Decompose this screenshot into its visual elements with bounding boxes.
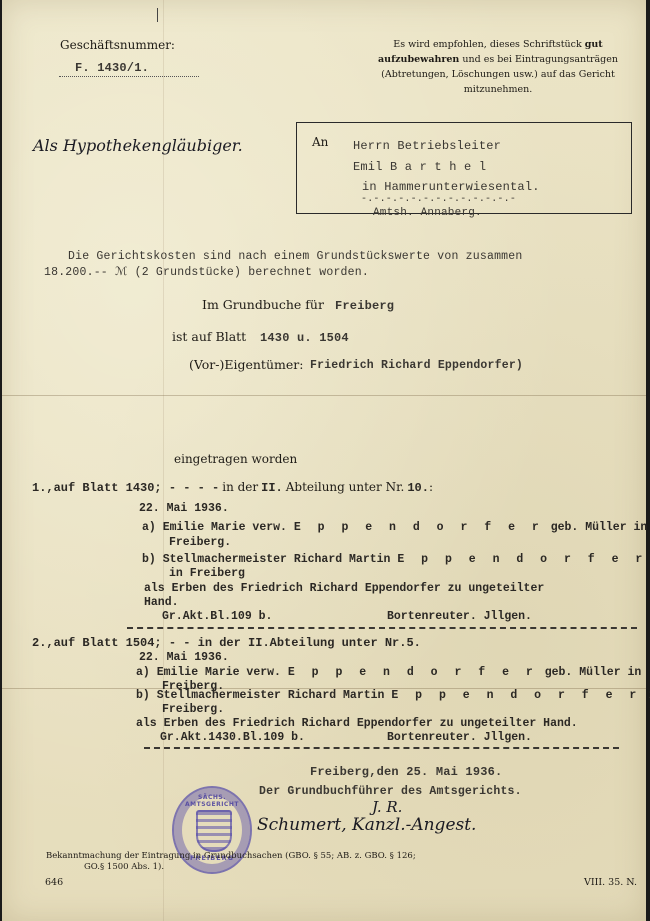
entry-heir-b: b) Stellmachermeister Richard Martin E p…	[136, 689, 650, 702]
entry-heir-b: b) Stellmachermeister Richard Martin E p…	[142, 553, 647, 566]
address-box: An Herrn Betriebsleiter Emil B a r t h e…	[296, 122, 632, 214]
entry-number: 1.,auf Blatt 1430; - - - -	[32, 481, 219, 495]
coat-of-arms-icon	[196, 810, 232, 852]
entry-date: 22. Mai 1936.	[139, 651, 229, 664]
entry-heir-b-cont: in Freiberg	[169, 567, 245, 580]
entry-colon: :	[429, 480, 433, 494]
entry-section: II.	[261, 481, 283, 495]
entry-reference: Gr.Akt.Bl.109 b.	[162, 610, 272, 623]
heir-text: a) Emilie Marie verw.	[136, 666, 281, 679]
fold-line	[2, 395, 646, 396]
heir-text: geb. Müller in	[545, 666, 642, 679]
blatt-label: ist auf Blatt	[172, 329, 246, 344]
entry-nr: 10.	[407, 481, 429, 495]
owner-label: (Vor-)Eigentümer:	[189, 357, 303, 372]
entry-separator	[144, 747, 619, 749]
form-number: 646	[45, 877, 63, 888]
heir-surname: E p p e n d o r f e r	[391, 689, 641, 702]
entry-clerks: Bortenreuter. Jllgen.	[387, 731, 532, 744]
entry-heir-b-cont: Freiberg.	[162, 703, 224, 716]
document-page: Geschäftsnummer: F. 1430/1. Es wird empf…	[2, 0, 646, 921]
entry-2-heading: 2.,auf Blatt 1504; - - in der II.Abteilu…	[32, 636, 421, 650]
entry-heir-a: a) Emilie Marie verw. E p p e n d o r f …	[136, 666, 641, 679]
grundbuch-value: Freiberg	[335, 299, 394, 313]
registered-label: eingetragen worden	[174, 452, 297, 466]
costs-text: Die Gerichtskosten sind nach einem Grund…	[68, 250, 522, 263]
owner-value: Friedrich Richard Eppendorfer)	[310, 359, 523, 372]
entry-reference: Gr.Akt.1430.Bl.109 b.	[160, 731, 305, 744]
form-code: VIII. 35. N.	[584, 877, 637, 888]
entry-clerks: Bortenreuter. Jllgen.	[387, 610, 532, 623]
punch-mark	[157, 8, 158, 22]
heir-text: b) Stellmachermeister Richard Martin	[142, 553, 390, 566]
heir-surname: E p p e n d o r f e r	[397, 553, 647, 566]
address-line: Amtsh. Annaberg.	[373, 207, 482, 219]
heir-text: a) Emilie Marie verw.	[142, 521, 287, 534]
entry-heirs-note: als Erben des Friedrich Richard Eppendor…	[144, 582, 544, 595]
heir-text: geb. Müller in	[551, 521, 648, 534]
signature: Schumert, Kanzl.-Angest.	[257, 815, 476, 835]
notice-text: Es wird empfohlen, dieses Schriftstück	[393, 39, 584, 50]
address-line: in Hammerunterwiesental.	[362, 180, 540, 194]
entry-heir-a-cont: Freiberg.	[169, 536, 231, 549]
entry-heirs-note: als Erben des Friedrich Richard Eppendor…	[136, 717, 578, 730]
case-number-value: F. 1430/1.	[75, 61, 149, 75]
blatt-value: 1430 u. 1504	[260, 331, 349, 345]
entry-1-heading: 1.,auf Blatt 1430; - - - - in der II. Ab…	[32, 480, 433, 495]
heir-surname: E p p e n d o r f e r	[294, 521, 544, 534]
case-number-underline	[59, 76, 199, 77]
entry-text: in der	[222, 480, 258, 494]
issue-date-place: Freiberg,den 25. Mai 1936.	[310, 765, 502, 779]
address-separator: -.-.-.-.-.-.-.-.-.-.-.-.-	[361, 194, 516, 205]
stamp-text: SÄCHS. AMTSGERICHT	[180, 794, 244, 808]
case-number-label: Geschäftsnummer:	[60, 38, 175, 52]
entry-text: Abteilung unter Nr.	[286, 480, 405, 494]
handwritten-note: Als Hypothekengläubiger.	[33, 136, 243, 155]
grundbuch-label: Im Grundbuche für	[202, 297, 324, 312]
retention-notice: Es wird empfohlen, dieses Schriftstück g…	[378, 37, 618, 97]
entry-heir-a: a) Emilie Marie verw. E p p e n d o r f …	[142, 521, 647, 534]
entry-separator	[127, 627, 637, 629]
address-prefix: An	[312, 135, 328, 149]
footer-legal-reference: GO.§ 1500 Abs. 1).	[84, 862, 164, 872]
heir-text: b) Stellmachermeister Richard Martin	[136, 689, 384, 702]
signer-title: Der Grundbuchführer des Amtsgerichts.	[259, 785, 522, 798]
address-line: Emil B a r t h e l	[353, 160, 486, 174]
signer-initials: J. R.	[372, 798, 402, 816]
address-line: Herrn Betriebsleiter	[353, 139, 501, 153]
entry-date: 22. Mai 1936.	[139, 502, 229, 515]
entry-heirs-note-cont: Hand.	[144, 596, 179, 609]
footer-legal-reference: Bekanntmachung der Eintragung in Grundbu…	[46, 851, 416, 861]
heir-surname: E p p e n d o r f e r	[288, 666, 538, 679]
costs-text: 18.200.-- ℳ (2 Grundstücke) berechnet wo…	[44, 264, 369, 279]
